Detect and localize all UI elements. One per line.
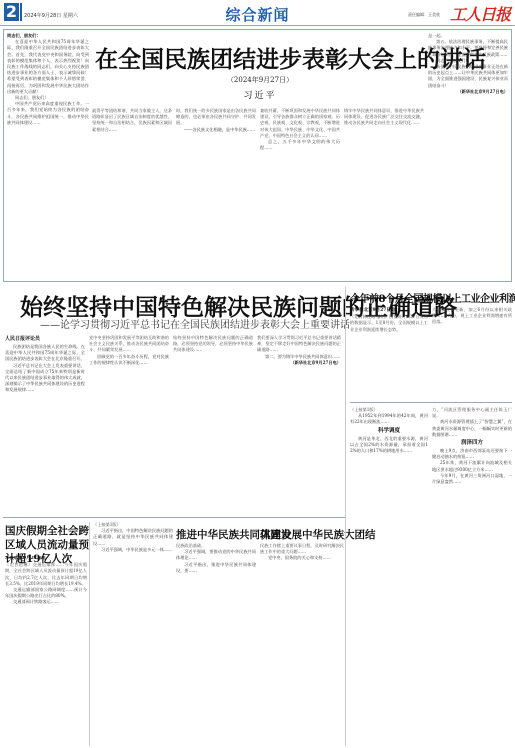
paragraph: （记者赵琳）交通运输部……今年国庆假期，全社会跨区域人员流动量预计超19亿人次，… [5, 562, 87, 587]
masthead: 2 2024年9月28日 星期六 综合新闻 责任编辑：王美欣 工人日报 [0, 0, 515, 26]
commentary-subtitle: ——论学习贯彻习近平总书记在全国民族团结进步表彰大会上重要讲话 [40, 316, 350, 331]
paragraph: 新征程中国民族团结进步事业正处在新的历史起点上……让中华民族共同体更加牢固，为全… [428, 64, 508, 89]
feature-date: （2024年9月27日） [95, 75, 425, 85]
paragraph: 力，“河流区管理服务中心副主任陈玉广说。 [432, 407, 512, 419]
section-divider [3, 517, 345, 518]
feature-headline[interactable]: 在全国民族团结进步表彰大会上的讲话 [95, 41, 425, 74]
paragraph: ——各民族文化相融，是中华民族…… [176, 127, 256, 133]
paragraph: 25年来，黄河干流累计向流域及相关地区供水超过9300亿立方米…… [432, 460, 512, 472]
paragraph: 大规模设备更新、加之6月份以来相关政策……8月份，规上工业企业利润增速有所回落。 [432, 307, 512, 326]
paragraph: 总之，五千多年中华文明的伟大历程…… [260, 139, 340, 151]
subhead-dispatch: 科学调度 [350, 426, 428, 436]
paragraph: 习近平指出，推进中华民族共同体建设，要…… [176, 562, 256, 574]
paragraph: 时，我们统一的多民族国家是由各民族共同缔造的，也必须由各民族共同守护、共同发展。 [176, 108, 256, 127]
side-news-column-2: 大规模设备更新、加之6月份以来相关政策……8月份，规上工业企业利润增速有所回落。 [432, 307, 512, 397]
paragraph: 从1952年到1994年的42年间，黄河有22年出现断流…… [350, 413, 428, 425]
paragraph: 晚上9点，济南市西郊泵站还要按下一键启动抽水的按钮…… [432, 448, 512, 460]
paragraph: （记者韩佳诺 潘洁）国家统计局27日发布的数据显示，1至8月份，全国规模以上工业… [350, 314, 428, 333]
commentary-column-1: 人民日报评论员 民族团结是我国各族人民的生命线。在喜迎中华人民共和国75周年华诞… [5, 335, 85, 515]
paragraph: 中国共产党历来高度重视民族工作。一百多年来，我们党始终为各民族的团结奋斗，各民族… [7, 101, 89, 126]
paragraph: 党中央坚持巩固和发展平等团结互助和谐的社会主义民族关系，推动各民族共同团结奋斗、… [89, 335, 169, 354]
paragraph: 我们要深入学习贯彻习近平总书记重要讲话精神，坚定不移走好中国特色解决民族问题的正… [257, 335, 341, 354]
paragraph: 民族团结是我国各族人民的生命线。在喜迎中华人民共和国75周年华诞之际，全国民族团… [5, 344, 85, 363]
paragraph: 铸牢中华民族共同体意识，推进中华民族共同体建设，促进各民族广泛交往交流交融，推动… [344, 108, 424, 127]
column-divider [345, 402, 346, 746]
feature-column-6: 是一起。 第五，依法治理民族事务，不断提高民族事务治理能力和水平。要坚持和完善民… [428, 33, 508, 278]
promote-column: 民族政治基础。 习近平强调，要推动党的中华民族共同体理论…… 习近平指出，推进中… [176, 543, 256, 746]
paragraph: 第二，要为铸牢中华民族共同体意识…… [257, 354, 341, 360]
paragraph: 就得平等团结和谐，共同当家做主人，这条道路彰显出了民族区域自治制度的优越性，坚持… [92, 108, 172, 133]
paragraph: 习近平强调，要推动党的中华民族共同体理论…… [176, 549, 256, 561]
commentary-column-2: 党中央坚持巩固和发展平等团结互助和谐的社会主义民族关系，推动各民族共同团结奋斗、… [89, 335, 169, 515]
consolidate-headline[interactable]: 巩固发展中华民族大团结 [260, 527, 376, 542]
column-divider [89, 522, 90, 746]
paragraph: 今年9月，在黄河三角洲河口湿地，一片绿意盎然…… [432, 473, 512, 485]
community-column: （上接第1版） 习近平指出，中国特色解决民族问题的正确道路，就是坚持中华民族共同… [93, 522, 173, 746]
paragraph: 黄河水资源管理插上了“智慧之翼”，在黄委黄河水量调度中心，一幅幅实时更新的数据图… [432, 419, 512, 438]
paragraph: 在喜迎中华人民共和国75周年华诞之际，我们隆重召开全国民族团结进步表彰大会。首先… [7, 39, 89, 95]
paragraph: 回顾党的一百多年奋斗历程，党对民族工作的规律性认识不断深化…… [89, 354, 169, 366]
paragraph: 习近平强调，中华民族是多元一体…… [93, 547, 173, 553]
feature-column-1: 同志们，朋友们： 在喜迎中华人民共和国75周年华诞之际，我们隆重召开全国民族团结… [7, 33, 89, 278]
commentary-byline: 人民日报评论员 [5, 335, 85, 344]
commentary-column-4: 我们要深入学习贯彻习近平总书记重要讲话精神，坚定不移走好中国特色解决民族问题的正… [257, 335, 341, 515]
holiday-column: 本报北京9月27日电 （记者赵琳）交通运输部……今年国庆假期，全社会跨区域人员流… [5, 556, 87, 746]
section-divider [350, 402, 512, 403]
paragraph: 民族工作摆上重要议事日程，及时研究解决民族工作中的重大问题…… [260, 543, 344, 555]
feature-column-5: 铸牢中华民族共同体意识，推进中华民族共同体建设，促进各民族广泛交往交流交融，推动… [344, 108, 424, 278]
feature-column-3: 时，我们统一的多民族国家是由各民族共同缔造的，也必须由各民族共同守护、共同发展。… [176, 108, 256, 278]
paragraph: 党中央、国务院的关心和支持…… [260, 555, 344, 561]
news-source: （新华社北京9月27日电） [428, 89, 508, 95]
side-news-headline[interactable]: 今年前8个月全国规模以上工业企业利润延续增长态势 [350, 290, 514, 305]
subhead-nourish: 润泽四方 [432, 438, 512, 448]
paragraph: 交通部预计铁路客运…… [5, 599, 87, 605]
editor-credit: 责任编辑：王美欣 [408, 12, 440, 18]
story-column-1: （上接第1版） 从1952年到1994年的42年间，黄河有22年出现断流…… 科… [350, 407, 428, 745]
paragraph: 第五，依法治理民族事务，不断提高民族事务治理能力和水平。要坚持和完善民族区域自治… [428, 39, 508, 58]
commentary-column-3: 始终坚持中国特色解决民族问题的正确道路，必须坚持党的领导，必须坚持中华民族共同体… [173, 335, 253, 515]
side-news-column-1: 新华社北京9月27日电 （记者韩佳诺 潘洁）国家统计局27日发布的数据显示，1至… [350, 307, 428, 397]
paragraph: 习近平指出，中国特色解决民族问题的正确道路，就是坚持中华民族共同体建设…… [93, 528, 173, 547]
news-source: （新华社北京9月27日电） [257, 360, 341, 366]
feature-column-4: 兼收并蓄，不断巩固和发展中华民族共同体建设，引导各族群众树立正确的国家观、历史观… [260, 108, 340, 278]
newspaper-logo: 工人日报 [450, 2, 510, 25]
dateline: 新华社北京9月27日电 [350, 308, 395, 313]
paragraph: 习近平总书记在大会上发表重要讲话，全面总结了新中国成立75年来特别是新时代以来民… [5, 363, 85, 394]
feature-author: 习近平 [95, 88, 425, 101]
feature-column-2: 就得平等团结和谐，共同当家做主人，这条道路彰显出了民族区域自治制度的优越性，坚持… [92, 108, 172, 278]
paragraph: 始终坚持中国特色解决民族问题的正确道路，必须坚持党的领导，必须坚持中华民族共同体… [173, 335, 253, 354]
consolidate-column: 民族工作摆上重要议事日程，及时研究解决民族工作中的重大问题…… 党中央、国务院的… [260, 543, 344, 746]
paragraph: 黄河是华北、西北的重要水源，黄河以占全国2%的水资源量，承担着全国12%的人口和… [350, 436, 428, 455]
story-column-2: 力，“河流区管理服务中心副主任陈玉广说。 黄河水资源管理插上了“智慧之翼”，在黄… [432, 407, 512, 745]
paragraph: 交通运输部国家公路网调度……预计今年国庆假期公路出行占比约80%。 [5, 587, 87, 599]
paragraph: 兼收并蓄，不断巩固和发展中华民族共同体建设，引导各族群众树立正确的国家观、历史观… [260, 108, 340, 139]
